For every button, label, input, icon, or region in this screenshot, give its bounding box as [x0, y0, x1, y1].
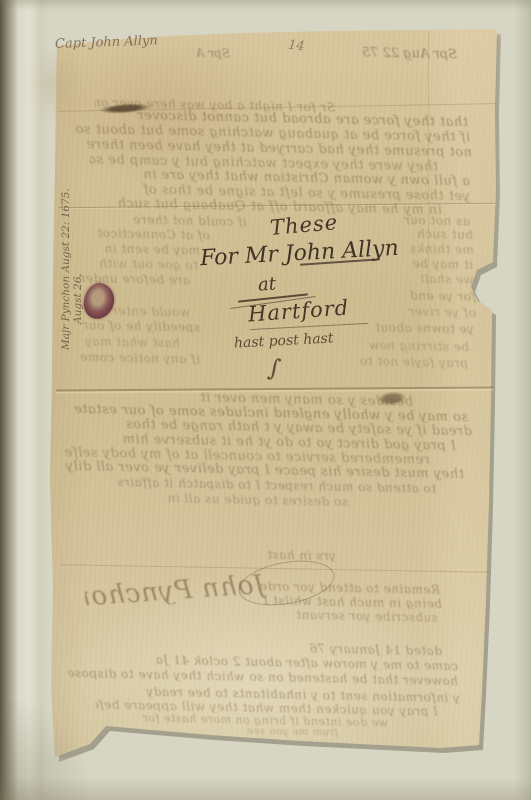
address-preposition: at [257, 275, 276, 294]
photo-right-edge-shadow [514, 0, 531, 800]
side-docket-vertical: Majr Pynchon Augst 22: 1675. Augst 26. [60, 188, 84, 350]
page-number: 14 [287, 39, 314, 55]
bleedthrough-line: me thinks [390, 242, 474, 256]
bleedthrough-line: it may be [395, 257, 473, 271]
photo-bottom-edge-shadow [0, 778, 531, 800]
docket-mirrored-fragment: Spr A [182, 46, 230, 59]
photo-of-manuscript: Sr for I night a boy was here over one l… [0, 0, 531, 800]
bleedthrough-line: for ye end [388, 289, 476, 303]
address-salutation: These [269, 212, 339, 239]
photo-top-edge-shadow [0, 0, 531, 10]
bleedthrough-line: be stirring now [355, 339, 469, 353]
side-docket-line1: Majr Pynchon Augst 22: 1675. [60, 188, 72, 350]
bleedthrough-line: of ye river [392, 305, 476, 319]
photo-left-edge-shadow [0, 0, 18, 800]
docket-mirrored-date: Spr Aug 22 75 [335, 46, 457, 62]
bleedthrough-line: ye towns about [350, 321, 474, 336]
bleedthrough-line: yrs in hast [228, 548, 336, 562]
docket-recipient-name: Capt John Allyn [55, 34, 167, 51]
mat-seam [14, 0, 48, 800]
bleedthrough-line: we shall [392, 272, 474, 286]
side-docket-line2: Augst 26. [72, 188, 84, 350]
